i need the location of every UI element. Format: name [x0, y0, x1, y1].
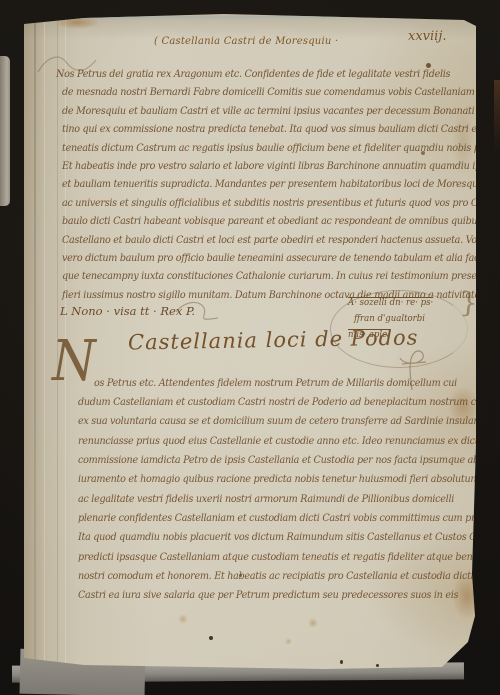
manuscript-page: ( Castellania Castri de Moresquiu · xxvi… [24, 14, 476, 669]
text-line: commissione iamdicta Petro de ipsis Cast… [78, 455, 500, 467]
text-line: baulo dicti Castri habeant vobisque pare… [62, 216, 482, 228]
text-line: plenarie confidentes Castellaniam et cus… [78, 513, 500, 525]
folio-number: xxviij. [408, 29, 447, 44]
initial-letter-n: N [52, 333, 96, 389]
text-line: teneatis dictum Castrum ac regatis ipsiu… [62, 143, 500, 155]
stain [285, 638, 292, 645]
text-line: Et habeatis inde pro vestro salario et l… [62, 161, 500, 173]
section-heading-podos: Castellania loci de Podos [128, 325, 419, 354]
note-line: ffran d'gualtorbi [354, 314, 425, 325]
text-line: dudum Castellaniam et custodiam Castri n… [78, 397, 500, 409]
text-line: de Moresquiu et bauliam Castri et ville … [62, 106, 500, 118]
gutter-crease [34, 18, 36, 664]
text-line: Nos Petrus dei gratia rex Aragonum etc. … [56, 69, 450, 81]
text-line: iuramento et homagio quibus racione pred… [78, 474, 500, 486]
text-line: ac legalitate vestri fidelis uxerii nost… [78, 494, 454, 506]
gutter-crease [44, 18, 45, 664]
note-line: A· sozelli dn· re· ps· [348, 298, 433, 309]
text-line: renunciasse prius quod eius Castellanie … [78, 436, 500, 448]
page-top-edge [26, 15, 472, 21]
text-line: Castellano et baulo dicti Castri et loci… [62, 235, 482, 247]
manuscript-photo: ( Castellania Castri de Moresquiu · xxvi… [0, 0, 500, 695]
wormhole [209, 636, 213, 640]
adjacent-page-edge [0, 56, 10, 206]
text-line: tino qui ex commissione nostra predicta … [62, 124, 500, 136]
binding-edge [494, 80, 500, 150]
stain [308, 618, 318, 628]
text-line: nostri comodum et honorem. Et habeatis a… [78, 571, 473, 583]
text-line: ex sua voluntaria causa se et domicilium… [78, 416, 482, 428]
stain [178, 614, 188, 624]
wormhole [376, 664, 379, 667]
closing-brace-flourish: } [459, 285, 479, 319]
text-line: Ita quod quamdiu nobis placuerit vos dic… [78, 532, 497, 544]
text-line: que tenecampny iuxta constituciones Cath… [62, 271, 500, 283]
page-header-title: ( Castellania Castri de Moresquiu · [154, 36, 338, 47]
text-line: et bauliam tenueritis supradicta. Mandan… [62, 179, 492, 191]
text-line: predicti ipsasque Castellaniam atque cus… [78, 552, 492, 564]
text-line: os Petrus etc. Attendentes fidelem nostr… [94, 378, 457, 390]
pen-flourish-signature [174, 298, 220, 324]
wormhole [340, 660, 343, 664]
ink-spot [426, 63, 431, 68]
text-line: vero dictum baulum pro officio baulie te… [62, 253, 500, 265]
text-line: de mesnada nostri Bernardi Fabre domicel… [62, 87, 500, 99]
text-line: Castri ea iura sive salaria que per Petr… [78, 590, 458, 602]
text-line: ac universis et singulis officialibus et… [62, 198, 500, 210]
